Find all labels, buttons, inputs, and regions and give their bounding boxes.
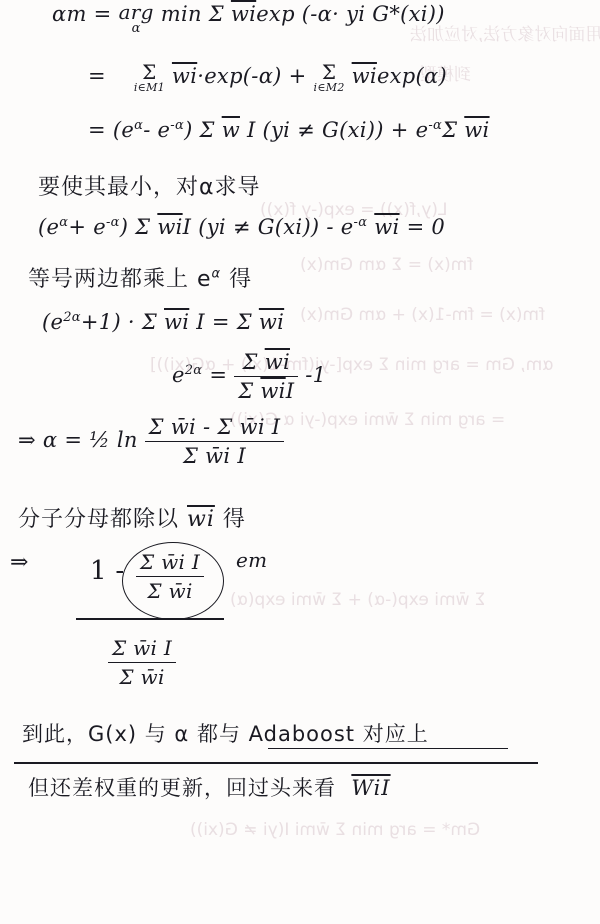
equation-line-8: e2α = Σ wi Σ wiI -1: [172, 350, 326, 403]
weight-symbol: wi: [172, 64, 197, 88]
equation-line-alpha: ⇒ α = ½ ln Σ w̄i - Σ w̄i I Σ w̄i I: [18, 415, 284, 468]
eq-text: ·exp(-α) +: [197, 64, 306, 88]
eq-text: +1) · Σ: [81, 310, 157, 334]
eq-text: 得: [215, 507, 246, 532]
exponent: -α: [106, 215, 120, 230]
sigma-symbol: Σ: [243, 350, 258, 374]
exponent: -α: [170, 118, 184, 133]
fraction-numerator: Σ w̄i I: [108, 636, 176, 663]
eq-text: exp (-α· yi G*(xi)): [256, 2, 445, 26]
eq-text: exp(α): [377, 64, 447, 88]
fraction-denominator: Σ wiI: [234, 377, 298, 403]
bleed-through-text: fm(x) = fm-1(x) + αm Gm(x): [300, 305, 545, 325]
equation-line-3: = (eα- e-α) Σ w I (yi ≠ G(xi)) + e-αΣ wi: [88, 118, 490, 142]
eq-text: min Σ: [161, 2, 224, 26]
eq-text: αm =: [52, 2, 112, 26]
eq-text: -1: [305, 363, 326, 387]
eq-text: (e: [42, 310, 63, 334]
fraction: Σ w̄i I Σ w̄i: [136, 550, 204, 603]
text-line-divide: 分子分母都除以 wi 得: [18, 502, 246, 533]
text-line-multiply: 等号两边都乘上 eα 得: [28, 262, 252, 293]
fraction: Σ w̄i I Σ w̄i: [108, 636, 176, 689]
indicator-symbol: I: [286, 379, 295, 403]
bleed-through-text: Gm* = arg min Σ w̄mi I(yi ≠ G(xi)): [190, 820, 480, 840]
eq-text: (e: [38, 215, 59, 239]
fraction-denominator: Σ w̄i: [136, 577, 204, 603]
fraction: Σ wi Σ wiI: [234, 350, 298, 403]
exponent: -α: [354, 215, 368, 230]
weight-symbol: wi: [259, 310, 284, 334]
eq-text: e: [172, 363, 185, 387]
eq-text: 等号两边都乘上 e: [28, 267, 212, 292]
main-fraction-denominator: Σ w̄i I Σ w̄i: [108, 636, 176, 689]
text-line-weight-update: 但还差权重的更新，回过头来看 WiI: [28, 772, 391, 802]
weight-symbol: wi: [352, 64, 377, 88]
eq-text: ⇒ α = ½ ln: [18, 428, 138, 452]
text-line-minimize: 要使其最小，对α求导: [38, 170, 261, 201]
sum-operator: Σ i∈M1: [134, 62, 165, 93]
eq-text: + e: [68, 215, 106, 239]
bleed-through-text: fm(x) = Σ αm Gm(x): [300, 255, 473, 275]
text-underline: [268, 748, 508, 749]
circled-fraction: Σ w̄i I Σ w̄i: [136, 550, 204, 603]
fraction: Σ w̄i - Σ w̄i I Σ w̄i I: [145, 415, 285, 468]
weight-symbol: wi: [157, 215, 182, 239]
fraction-numerator: Σ w̄i I: [136, 550, 204, 577]
eq-text: 但还差权重的更新，回过头来看: [28, 776, 336, 800]
eq-text: = (e: [88, 118, 134, 142]
eq-text: ) Σ: [120, 215, 151, 239]
exponent: α: [212, 267, 222, 282]
fraction-denominator: Σ w̄i: [108, 663, 176, 689]
error-rate-annotation: em: [236, 548, 267, 572]
eq-text: 分子分母都除以: [18, 507, 179, 532]
bleed-through-text: Σ w̄mi exp(-α) + Σ w̄mi exp(α): [230, 590, 486, 610]
eq-text: 得: [221, 267, 252, 292]
sigma-symbol: Σ: [238, 379, 253, 403]
exponent: α: [59, 215, 68, 230]
eq-text: - e: [143, 118, 170, 142]
eq-text: =: [202, 363, 227, 387]
weight-symbol: wi: [374, 215, 399, 239]
equation-line-2: = Σ i∈M1 wi·exp(-α) + Σ i∈M2 wiexp(α): [88, 62, 447, 93]
weight-symbol: wi: [164, 310, 189, 334]
exponent: -α: [428, 118, 442, 133]
fraction-numerator: Σ wi: [234, 350, 298, 377]
weight-symbol: wi: [187, 507, 215, 532]
eq-text: I = Σ: [196, 310, 252, 334]
arrow-symbol: ⇒: [10, 550, 29, 575]
text-line-conclusion: 到此，G(x) 与 α 都与 Adaboost 对应上: [22, 718, 429, 748]
weight-symbol: wi: [231, 2, 256, 26]
argmin-operator: arg α: [119, 2, 154, 35]
sigma-symbol: Σ: [134, 62, 165, 82]
weight-symbol: WiI: [351, 776, 390, 800]
arg-label: arg: [119, 2, 154, 22]
exponent: 2α: [185, 363, 203, 378]
sum-subscript: i∈M1: [134, 82, 165, 93]
fraction-denominator: Σ w̄i I: [145, 442, 285, 468]
eq-text: = 0: [407, 215, 446, 239]
equation-line-derivative: (eα+ e-α) Σ wiI (yi ≠ G(xi)) - e-α wi = …: [38, 215, 445, 239]
weight-symbol: w: [222, 118, 240, 142]
equation-line-1: αm = arg α min Σ wiexp (-α· yi G*(xi)): [52, 2, 445, 35]
eq-text: ) Σ: [184, 118, 215, 142]
eq-text: I (yi ≠ G(xi)) + e: [247, 118, 428, 142]
eq-text: =: [88, 64, 106, 88]
weight-symbol: wi: [464, 118, 489, 142]
sum-subscript: i∈M2: [314, 82, 345, 93]
main-fraction-bar: [76, 618, 224, 620]
exponent: 2α: [63, 310, 81, 325]
fraction-numerator: Σ w̄i - Σ w̄i I: [145, 415, 285, 442]
one-minus-term: 1 -: [90, 556, 125, 586]
weight-symbol: wi: [265, 350, 290, 374]
eq-text: I (yi ≠ G(xi)) - e: [183, 215, 354, 239]
equation-line-7: (e2α+1) · Σ wi I = Σ wi: [42, 310, 284, 334]
exponent: α: [134, 118, 143, 133]
sigma-symbol: Σ: [314, 62, 345, 82]
sum-operator: Σ i∈M2: [314, 62, 345, 93]
weight-symbol: wi: [260, 379, 285, 403]
section-divider: [14, 762, 538, 764]
eq-text: Σ: [442, 118, 457, 142]
